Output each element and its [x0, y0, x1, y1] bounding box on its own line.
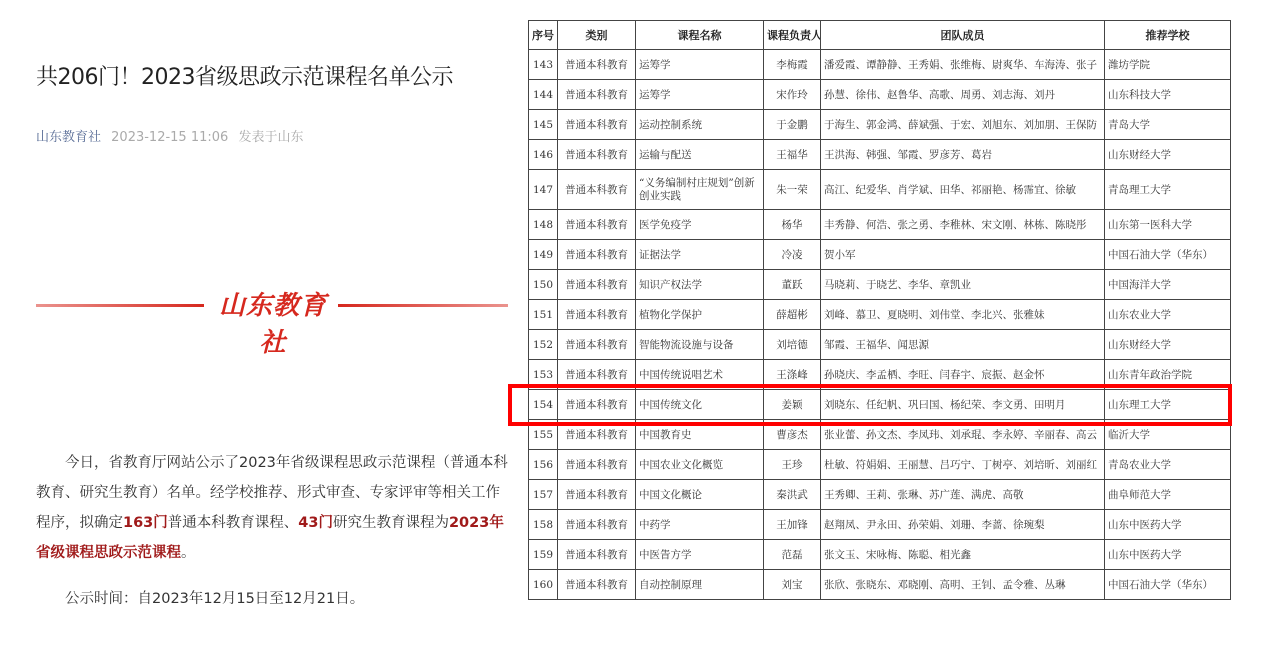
cell-lead: 姜颖 [764, 390, 821, 420]
cell-school: 山东科技大学 [1105, 80, 1231, 110]
cell-course: 证据法学 [636, 240, 764, 270]
col-header-school: 推荐学校 [1105, 21, 1231, 50]
cell-school: 青岛大学 [1105, 110, 1231, 140]
cell-type: 普通本科教育 [558, 110, 636, 140]
cell-school: 山东第一医科大学 [1105, 210, 1231, 240]
cell-school: 山东中医药大学 [1105, 510, 1231, 540]
cell-course: 运筹学 [636, 50, 764, 80]
article-title: 共206门！2023省级思政示范课程名单公示 [36, 60, 453, 91]
cell-type: 普通本科教育 [558, 360, 636, 390]
table-row: 154普通本科教育中国传统文化姜颖刘晓东、任纪帆、巩曰国、杨纪荣、李文勇、田明月… [529, 390, 1231, 420]
table-row: 149普通本科教育证据法学冷凌贺小军中国石油大学（华东） [529, 240, 1231, 270]
cell-lead: 范磊 [764, 540, 821, 570]
text-segment: 普通本科教育课程、 [168, 515, 299, 531]
cell-course: 中药学 [636, 510, 764, 540]
cell-course: 运输与配送 [636, 140, 764, 170]
table-row: 147普通本科教育“义务编制村庄规划”创新创业实践朱一荣高江、纪爱华、肖学斌、田… [529, 170, 1231, 210]
col-header-course: 课程名称 [636, 21, 764, 50]
cell-lead: 董跃 [764, 270, 821, 300]
cell-school: 中国石油大学（华东） [1105, 570, 1231, 600]
highlight-grad-count: 43门 [298, 515, 333, 531]
cell-team: 刘峰、慕卫、夏晓明、刘伟堂、李北兴、张雅妹 [821, 300, 1105, 330]
cell-course: 智能物流设施与设备 [636, 330, 764, 360]
course-table: 序号 类别 课程名称 课程负责人 团队成员 推荐学校 143普通本科教育运筹学李… [528, 20, 1231, 600]
cell-type: 普通本科教育 [558, 420, 636, 450]
cell-lead: 杨华 [764, 210, 821, 240]
cell-no: 154 [529, 390, 558, 420]
cell-course: 中国传统文化 [636, 390, 764, 420]
cell-course: 中国教育史 [636, 420, 764, 450]
table-row: 153普通本科教育中国传统说唱艺术王涤峰孙晓庆、李孟栖、李旺、闫春宇、宸振、赵金… [529, 360, 1231, 390]
cell-course: 医学免疫学 [636, 210, 764, 240]
table-row: 145普通本科教育运动控制系统于金鹏于海生、郭金鸿、薛斌强、于宏、刘旭东、刘加朋… [529, 110, 1231, 140]
cell-team: 张业蕾、孙文杰、李凤玮、刘承琨、李永婷、辛丽春、高云 [821, 420, 1105, 450]
table-row: 157普通本科教育中国文化概论秦洪武王秀卿、王莉、张琳、苏广莲、满虎、高敬曲阜师… [529, 480, 1231, 510]
cell-no: 157 [529, 480, 558, 510]
cell-team: 孙晓庆、李孟栖、李旺、闫春宇、宸振、赵金怀 [821, 360, 1105, 390]
cell-type: 普通本科教育 [558, 330, 636, 360]
cell-lead: 薛超彬 [764, 300, 821, 330]
article-meta: 山东教育社 2023-12-15 11:06 发表于山东 [36, 126, 303, 145]
publish-time: 2023-12-15 11:06 [111, 130, 228, 145]
cell-lead: 王福华 [764, 140, 821, 170]
cell-school: 中国石油大学（华东） [1105, 240, 1231, 270]
cell-no: 156 [529, 450, 558, 480]
cell-lead: 秦洪武 [764, 480, 821, 510]
cell-lead: 王加锋 [764, 510, 821, 540]
cell-course: 运动控制系统 [636, 110, 764, 140]
cell-team: 王秀卿、王莉、张琳、苏广莲、满虎、高敬 [821, 480, 1105, 510]
cell-course: 运筹学 [636, 80, 764, 110]
cell-school: 潍坊学院 [1105, 50, 1231, 80]
cell-no: 152 [529, 330, 558, 360]
cell-no: 143 [529, 50, 558, 80]
highlight-undergrad-count: 163门 [123, 515, 168, 531]
cell-lead: 李梅霞 [764, 50, 821, 80]
cell-school: 山东中医药大学 [1105, 540, 1231, 570]
table-row: 155普通本科教育中国教育史曹彦杰张业蕾、孙文杰、李凤玮、刘承琨、李永婷、辛丽春… [529, 420, 1231, 450]
cell-lead: 刘宝 [764, 570, 821, 600]
cell-type: 普通本科教育 [558, 480, 636, 510]
author-link[interactable]: 山东教育社 [36, 130, 101, 145]
cell-course: 中国农业文化概览 [636, 450, 764, 480]
table-row: 143普通本科教育运筹学李梅霞潘爱霞、谭静静、王秀娟、张维梅、尉爽华、车海涛、张… [529, 50, 1231, 80]
col-header-lead: 课程负责人 [764, 21, 821, 50]
table-row: 159普通本科教育中医眚方学范磊张文玉、宋咏梅、陈聪、相光鑫山东中医药大学 [529, 540, 1231, 570]
publish-location: 发表于山东 [238, 130, 303, 145]
cell-team: 贺小军 [821, 240, 1105, 270]
col-header-type: 类别 [558, 21, 636, 50]
cell-type: 普通本科教育 [558, 80, 636, 110]
paragraph-period: 公示时间：自2023年12月15日至12月21日。 [36, 584, 514, 614]
table-row: 160普通本科教育自动控制原理刘宝张欣、张晓东、邓晓刚、高明、王钊、孟令雅、丛琳… [529, 570, 1231, 600]
cell-team: 高江、纪爱华、肖学斌、田华、祁丽艳、杨霈宜、徐敏 [821, 170, 1105, 210]
cell-type: 普通本科教育 [558, 390, 636, 420]
cell-school: 青岛理工大学 [1105, 170, 1231, 210]
paragraph-announcement: 今日，省教育厅网站公示了2023年省级课程思政示范课程（普通本科教育、研究生教育… [36, 448, 514, 568]
cell-lead: 宋作玲 [764, 80, 821, 110]
cell-type: 普通本科教育 [558, 140, 636, 170]
cell-lead: 王涤峰 [764, 360, 821, 390]
col-header-no: 序号 [529, 21, 558, 50]
cell-course: 知识产权法学 [636, 270, 764, 300]
cell-team: 于海生、郭金鸿、薛斌强、于宏、刘旭东、刘加朋、王保防 [821, 110, 1105, 140]
cell-team: 张文玉、宋咏梅、陈聪、相光鑫 [821, 540, 1105, 570]
cell-lead: 曹彦杰 [764, 420, 821, 450]
cell-school: 青岛农业大学 [1105, 450, 1231, 480]
cell-no: 149 [529, 240, 558, 270]
cell-school: 山东理工大学 [1105, 390, 1231, 420]
cell-course: 中国文化概论 [636, 480, 764, 510]
cell-lead: 王珍 [764, 450, 821, 480]
cell-school: 山东财经大学 [1105, 140, 1231, 170]
text-segment: 研究生教育课程为 [333, 515, 449, 531]
cell-type: 普通本科教育 [558, 450, 636, 480]
cell-type: 普通本科教育 [558, 510, 636, 540]
cell-no: 148 [529, 210, 558, 240]
cell-no: 144 [529, 80, 558, 110]
cell-team: 丰秀静、何浩、张之勇、李稚林、宋文刚、林栋、陈晓彤 [821, 210, 1105, 240]
text-segment: 。 [181, 545, 196, 561]
table-row: 146普通本科教育运输与配送王福华王洪海、韩强、邹霞、罗彦芳、葛岩山东财经大学 [529, 140, 1231, 170]
table-row: 156普通本科教育中国农业文化概览王珍杜敏、符娟娟、王丽慧、吕巧宁、丁树亭、刘培… [529, 450, 1231, 480]
cell-team: 马晓莉、于晓艺、李华、章凯业 [821, 270, 1105, 300]
table-row: 158普通本科教育中药学王加锋赵翔凤、尹永田、孙荣娟、刘珊、李蔷、徐琬梨山东中医… [529, 510, 1231, 540]
cell-lead: 冷凌 [764, 240, 821, 270]
cell-course: 中医眚方学 [636, 540, 764, 570]
cell-school: 临沂大学 [1105, 420, 1231, 450]
brand-logo: 山东教育社 [212, 285, 334, 359]
cell-no: 155 [529, 420, 558, 450]
cell-lead: 刘培德 [764, 330, 821, 360]
cell-course: 植物化学保护 [636, 300, 764, 330]
cell-school: 山东财经大学 [1105, 330, 1231, 360]
cell-type: 普通本科教育 [558, 240, 636, 270]
cell-team: 邹霞、王福华、闻思源 [821, 330, 1105, 360]
cell-no: 158 [529, 510, 558, 540]
cell-no: 146 [529, 140, 558, 170]
cell-no: 150 [529, 270, 558, 300]
table-row: 144普通本科教育运筹学宋作玲孙慧、徐伟、赵鲁华、高歌、周勇、刘志海、刘丹山东科… [529, 80, 1231, 110]
cell-team: 杜敏、符娟娟、王丽慧、吕巧宁、丁树亭、刘培昕、刘丽红 [821, 450, 1105, 480]
cell-team: 王洪海、韩强、邹霞、罗彦芳、葛岩 [821, 140, 1105, 170]
cell-no: 153 [529, 360, 558, 390]
table-row: 150普通本科教育知识产权法学董跃马晓莉、于晓艺、李华、章凯业中国海洋大学 [529, 270, 1231, 300]
cell-school: 山东青年政治学院 [1105, 360, 1231, 390]
table-row: 148普通本科教育医学免疫学杨华丰秀静、何浩、张之勇、李稚林、宋文刚、林栋、陈晓… [529, 210, 1231, 240]
article-body: 今日，省教育厅网站公示了2023年省级课程思政示范课程（普通本科教育、研究生教育… [36, 448, 514, 614]
col-header-team: 团队成员 [821, 21, 1105, 50]
cell-no: 145 [529, 110, 558, 140]
cell-team: 刘晓东、任纪帆、巩曰国、杨纪荣、李文勇、田明月 [821, 390, 1105, 420]
cell-no: 151 [529, 300, 558, 330]
cell-no: 160 [529, 570, 558, 600]
cell-school: 曲阜师范大学 [1105, 480, 1231, 510]
cell-type: 普通本科教育 [558, 210, 636, 240]
cell-no: 159 [529, 540, 558, 570]
table-header-row: 序号 类别 课程名称 课程负责人 团队成员 推荐学校 [529, 21, 1231, 50]
cell-type: 普通本科教育 [558, 570, 636, 600]
cell-course: 中国传统说唱艺术 [636, 360, 764, 390]
cell-team: 孙慧、徐伟、赵鲁华、高歌、周勇、刘志海、刘丹 [821, 80, 1105, 110]
cell-school: 山东农业大学 [1105, 300, 1231, 330]
cell-team: 张欣、张晓东、邓晓刚、高明、王钊、孟令雅、丛琳 [821, 570, 1105, 600]
cell-school: 中国海洋大学 [1105, 270, 1231, 300]
cell-team: 潘爱霞、谭静静、王秀娟、张维梅、尉爽华、车海涛、张子 [821, 50, 1105, 80]
cell-type: 普通本科教育 [558, 540, 636, 570]
cell-lead: 于金鹏 [764, 110, 821, 140]
cell-type: 普通本科教育 [558, 300, 636, 330]
cell-course: “义务编制村庄规划”创新创业实践 [636, 170, 764, 210]
cell-type: 普通本科教育 [558, 270, 636, 300]
cell-team: 赵翔凤、尹永田、孙荣娟、刘珊、李蔷、徐琬梨 [821, 510, 1105, 540]
table-body: 143普通本科教育运筹学李梅霞潘爱霞、谭静静、王秀娟、张维梅、尉爽华、车海涛、张… [529, 50, 1231, 600]
cell-type: 普通本科教育 [558, 170, 636, 210]
banner-line-left [36, 304, 204, 307]
brand-banner: 山东教育社 [36, 285, 508, 325]
course-list-table-image: 序号 类别 课程名称 课程负责人 团队成员 推荐学校 143普通本科教育运筹学李… [528, 20, 1230, 600]
table-row: 152普通本科教育智能物流设施与设备刘培德邹霞、王福华、闻思源山东财经大学 [529, 330, 1231, 360]
cell-course: 自动控制原理 [636, 570, 764, 600]
cell-no: 147 [529, 170, 558, 210]
table-row: 151普通本科教育植物化学保护薛超彬刘峰、慕卫、夏晓明、刘伟堂、李北兴、张雅妹山… [529, 300, 1231, 330]
cell-lead: 朱一荣 [764, 170, 821, 210]
cell-type: 普通本科教育 [558, 50, 636, 80]
banner-line-right [338, 304, 508, 307]
article-panel: 共206门！2023省级思政示范课程名单公示 山东教育社 2023-12-15 … [0, 0, 520, 650]
